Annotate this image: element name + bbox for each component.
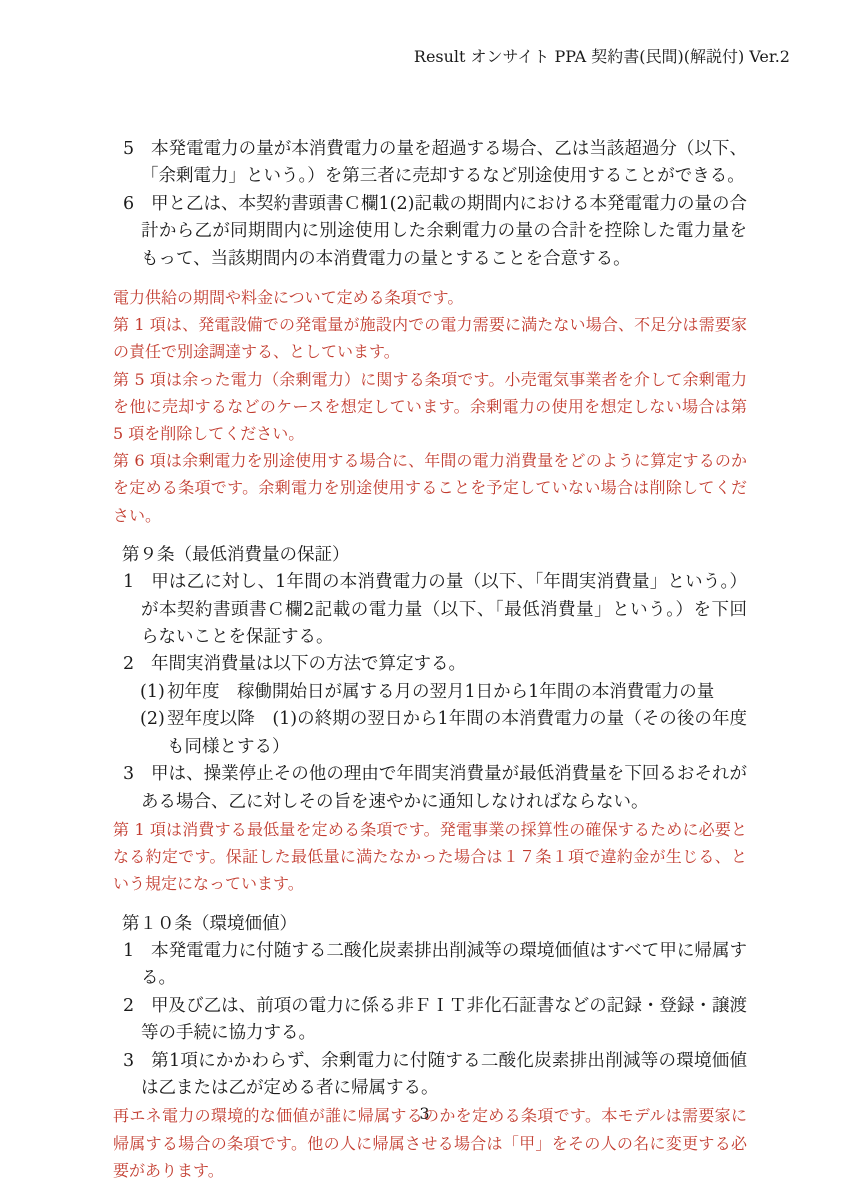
commentary-block-article-8: 電力供給の期間や料金について定める条項です。 第 1 項は、発電設備での発電量が… — [113, 284, 747, 529]
clause-item: 3甲は、操業停止その他の理由で年間実消費量が最低消費量を下回るおそれがある場合、… — [123, 761, 747, 816]
sub-clause-item: (2)翌年度以降 (1)の終期の翌日から1年間の本消費電力の量（その後の年度も同… — [140, 706, 747, 761]
clause-number: 3 — [123, 1048, 151, 1075]
commentary-paragraph: 第 1 項は消費する最低量を定める条項です。発電事業の採算性の確保するために必要… — [113, 816, 747, 898]
commentary-paragraph: 第 1 項は、発電設備での発電量が施設内での電力需要に満たない場合、不足分は需要… — [113, 311, 747, 365]
clause-item: 1本発電電力に付随する二酸化炭素排出削減等の環境価値はすべて甲に帰属する。 — [123, 938, 747, 993]
clause-text: 甲及び乙は、前項の電力に係る非ＦＩＴ非化石証書などの記録・登録・譲渡等の手続に協… — [141, 996, 747, 1043]
article-9-section: 第９条（最低消費量の保証） 1甲は乙に対し、1年間の本消費電力の量（以下、「年間… — [113, 542, 747, 898]
clause-number: 5 — [123, 136, 151, 163]
article-10-section: 第１０条（環境価値） 1本発電電力に付随する二酸化炭素排出削減等の環境価値はすべ… — [113, 911, 747, 1184]
clause-item: 5本発電電力の量が本消費電力の量を超過する場合、乙は当該超過分（以下、「余剰電力… — [123, 136, 747, 191]
commentary-block-article-9: 第 1 項は消費する最低量を定める条項です。発電事業の採算性の確保するために必要… — [113, 816, 747, 898]
commentary-paragraph: 第 5 項は余った電力（余剰電力）に関する条項です。小売電気事業者を介して余剰電… — [113, 366, 747, 448]
clause-item: 1甲は乙に対し、1年間の本消費電力の量（以下、「年間実消費量」という。）が本契約… — [123, 569, 747, 651]
sub-clause-text: 翌年度以降 (1)の終期の翌日から1年間の本消費電力の量（その後の年度も同様とす… — [167, 709, 747, 756]
clause-number: 2 — [123, 651, 151, 678]
clause-item: 3第1項にかかわらず、余剰電力に付随する二酸化炭素排出削減等の環境価値は乙または… — [123, 1048, 747, 1103]
clause-item: 6甲と乙は、本契約書頭書Ｃ欄1(2)記載の期間内における本発電電力の量の合計から… — [123, 191, 747, 273]
clause-number: 1 — [123, 938, 151, 965]
clause-number: 3 — [123, 761, 151, 788]
clause-text: 本発電電力の量が本消費電力の量を超過する場合、乙は当該超過分（以下、「余剰電力」… — [141, 139, 747, 186]
commentary-paragraph: 第 6 項は余剰電力を別途使用する場合に、年間の電力消費量をどのように算定するの… — [113, 447, 747, 529]
document-body: 5本発電電力の量が本消費電力の量を超過する場合、乙は当該超過分（以下、「余剰電力… — [113, 136, 747, 1184]
clause-text: 第1項にかかわらず、余剰電力に付随する二酸化炭素排出削減等の環境価値は乙または乙… — [141, 1051, 747, 1098]
sub-clause-text: 初年度 稼働開始日が属する月の翌月1日から1年間の本消費電力の量 — [167, 682, 714, 702]
clause-text: 甲は乙に対し、1年間の本消費電力の量（以下、「年間実消費量」という。）が本契約書… — [141, 572, 747, 647]
article-10-heading: 第１０条（環境価値） — [122, 911, 747, 938]
sub-clause-item: (1)初年度 稼働開始日が属する月の翌月1日から1年間の本消費電力の量 — [140, 679, 747, 706]
commentary-paragraph: 電力供給の期間や料金について定める条項です。 — [113, 284, 747, 311]
document-page: Result オンサイト PPA 契約書(民間)(解説付) Ver.2 5本発電… — [0, 0, 849, 1200]
article-8-section: 5本発電電力の量が本消費電力の量を超過する場合、乙は当該超過分（以下、「余剰電力… — [113, 136, 747, 529]
clause-text: 甲は、操業停止その他の理由で年間実消費量が最低消費量を下回るおそれがある場合、乙… — [141, 764, 747, 811]
clause-item: 2甲及び乙は、前項の電力に係る非ＦＩＴ非化石証書などの記録・登録・譲渡等の手続に… — [123, 993, 747, 1048]
article-9-heading: 第９条（最低消費量の保証） — [122, 542, 747, 569]
document-header-title: Result オンサイト PPA 契約書(民間)(解説付) Ver.2 — [414, 47, 790, 67]
clause-text: 本発電電力に付随する二酸化炭素排出削減等の環境価値はすべて甲に帰属する。 — [141, 941, 747, 988]
clause-number: 6 — [123, 191, 151, 218]
clause-number: 2 — [123, 993, 151, 1020]
sub-clause-number: (1) — [140, 679, 167, 706]
clause-item: 2年間実消費量は以下の方法で算定する。 — [123, 651, 747, 678]
clause-text: 年間実消費量は以下の方法で算定する。 — [151, 654, 466, 674]
sub-clause-number: (2) — [140, 706, 167, 733]
clause-number: 1 — [123, 569, 151, 596]
clause-text: 甲と乙は、本契約書頭書Ｃ欄1(2)記載の期間内における本発電電力の量の合計から乙… — [141, 194, 747, 269]
page-number: 3 — [0, 1104, 849, 1123]
